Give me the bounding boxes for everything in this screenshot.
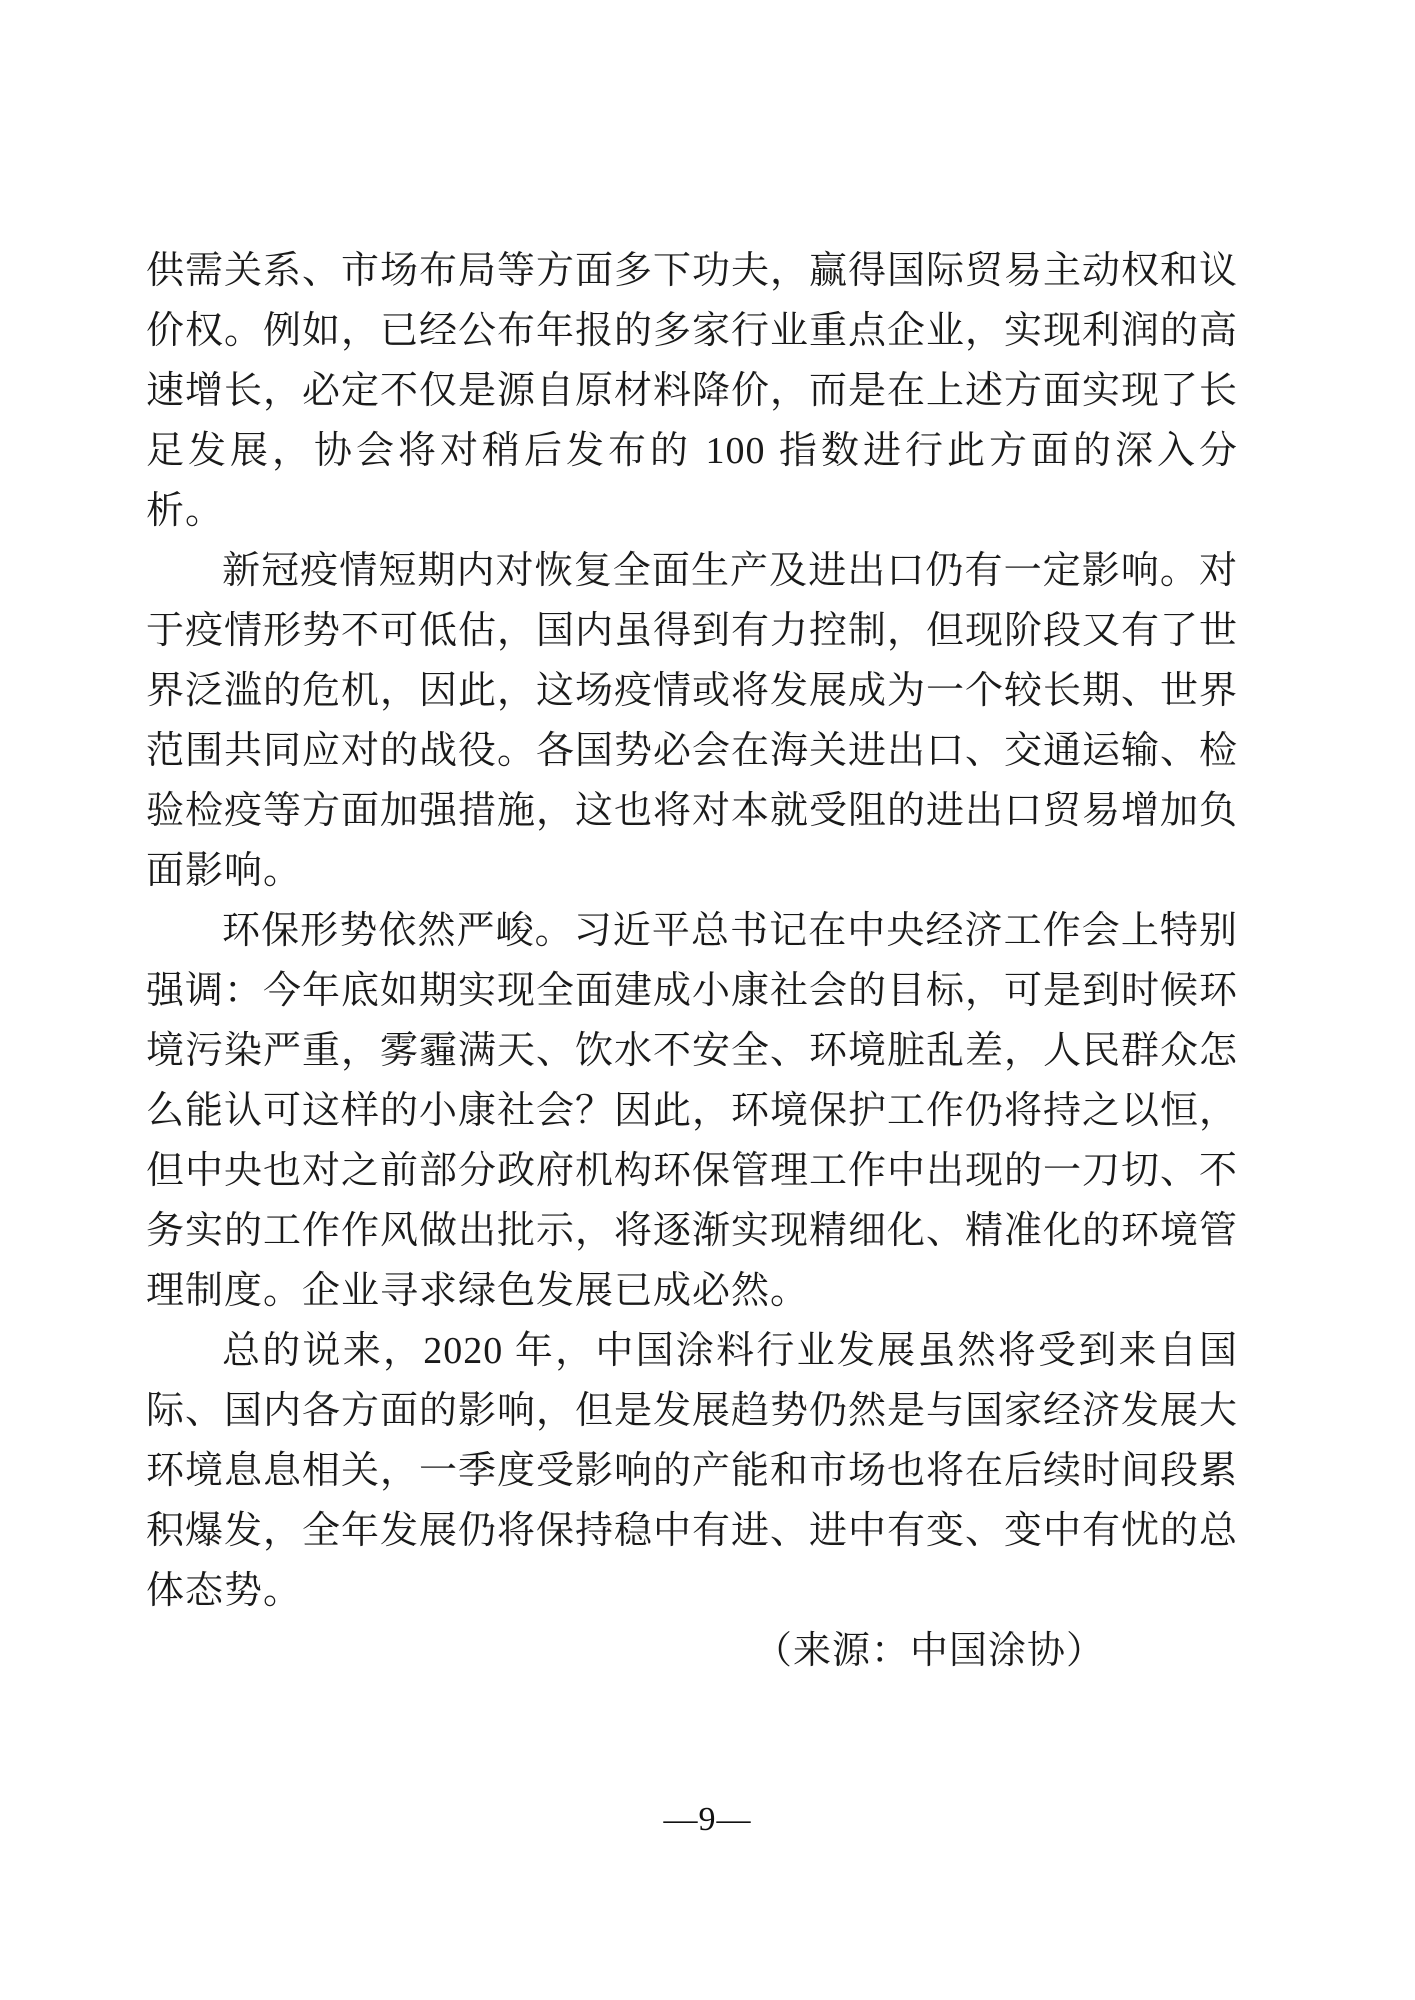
document-page: 供需关系、市场布局等方面多下功夫，赢得国际贸易主动权和议价权。例如，已经公布年报… — [0, 0, 1415, 2000]
source-attribution: （来源：中国涂协） — [146, 1621, 1238, 1681]
paragraph-4: 总的说来，2020 年，中国涂料行业发展虽然将受到来自国际、国内各方面的影响，但… — [146, 1321, 1238, 1621]
paragraph-3: 环保形势依然严峻。习近平总书记在中央经济工作会上特别强调：今年底如期实现全面建成… — [146, 901, 1238, 1321]
document-body: 供需关系、市场布局等方面多下功夫，赢得国际贸易主动权和议价权。例如，已经公布年报… — [146, 241, 1238, 1681]
paragraph-1: 供需关系、市场布局等方面多下功夫，赢得国际贸易主动权和议价权。例如，已经公布年报… — [146, 241, 1238, 541]
page-number: —9— — [0, 1798, 1415, 1842]
paragraph-2: 新冠疫情短期内对恢复全面生产及进出口仍有一定影响。对于疫情形势不可低估，国内虽得… — [146, 541, 1238, 901]
